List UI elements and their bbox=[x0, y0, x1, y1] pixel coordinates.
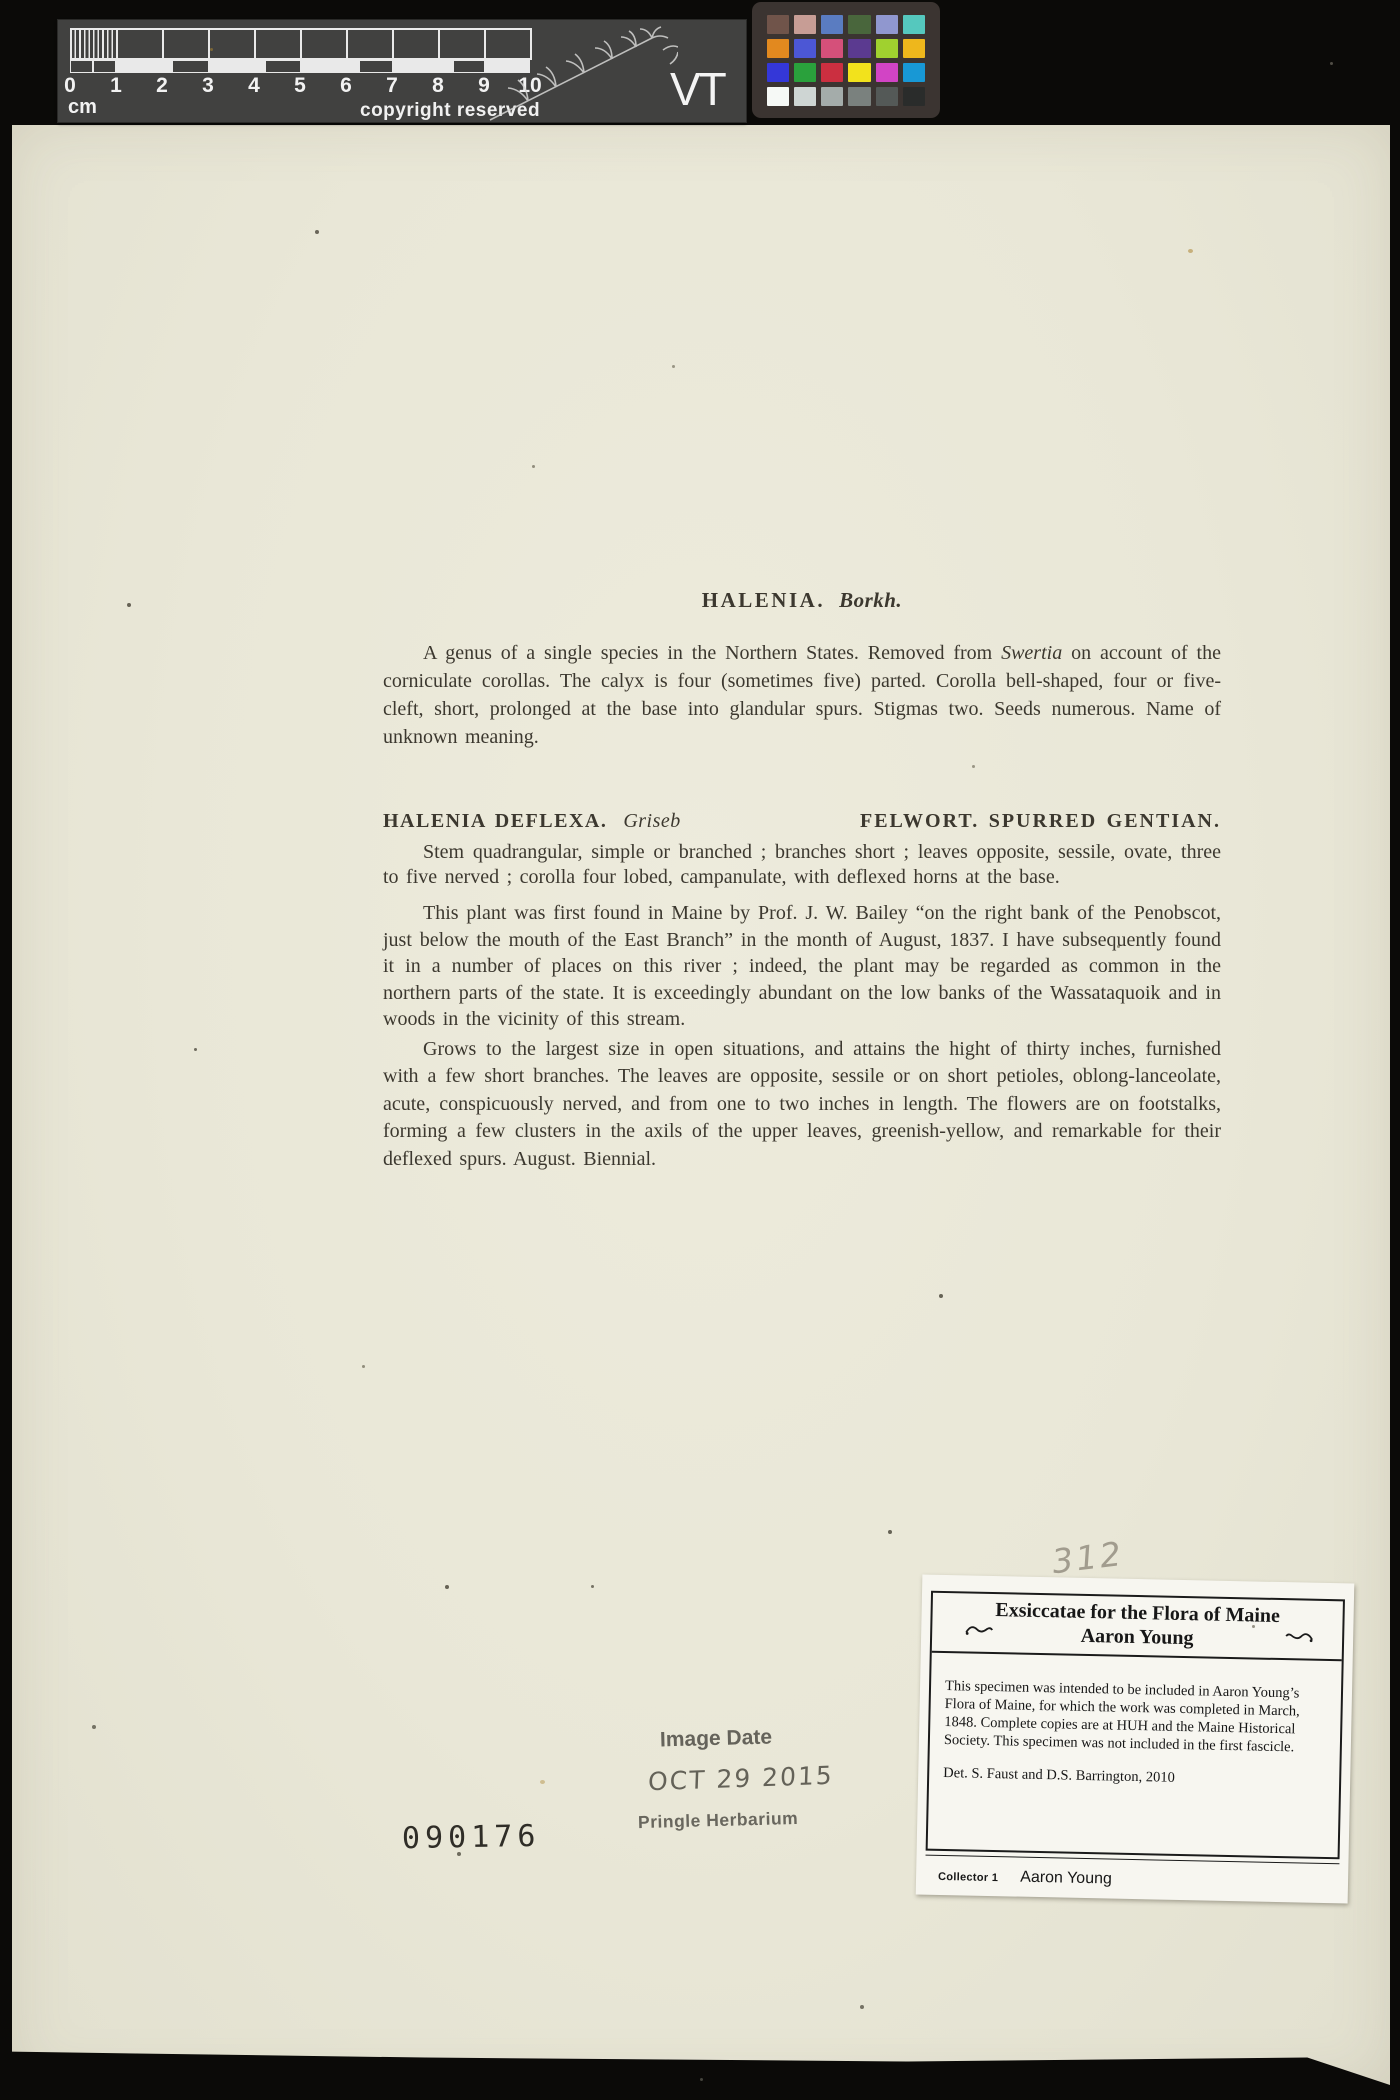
dust-speck bbox=[591, 1585, 594, 1588]
dust-speck bbox=[194, 1048, 197, 1051]
specimen-scan: 0 1 2 3 4 5 6 7 8 9 10 cm copyright rese… bbox=[0, 0, 1400, 2100]
cm-tick bbox=[300, 28, 302, 60]
ruler-number: 2 bbox=[156, 74, 168, 98]
species-name: HALENIA DEFLEXA. bbox=[383, 810, 607, 832]
genus-heading: HALENIA.Borkh. bbox=[383, 588, 1221, 613]
label-collector-row: Collector 1 Aaron Young bbox=[938, 1867, 1112, 1889]
species-name-group: HALENIA DEFLEXA.Griseb bbox=[383, 810, 681, 833]
color-swatch bbox=[767, 39, 789, 58]
color-swatch bbox=[876, 63, 898, 82]
ruler-number: 7 bbox=[386, 74, 398, 98]
color-swatch bbox=[848, 15, 870, 34]
ruler-number: 4 bbox=[248, 74, 260, 98]
vt-logo: VT bbox=[670, 62, 725, 116]
fleuron-icon bbox=[964, 1621, 994, 1638]
scale-bar: 0 1 2 3 4 5 6 7 8 9 10 cm copyright rese… bbox=[58, 20, 746, 122]
color-swatch bbox=[794, 63, 816, 82]
color-swatch bbox=[848, 39, 870, 58]
cm-tick bbox=[346, 28, 348, 60]
cm-tick bbox=[162, 28, 164, 60]
color-swatch bbox=[876, 87, 898, 106]
dust-speck bbox=[210, 48, 213, 51]
color-swatch bbox=[903, 15, 925, 34]
label-body-text: This specimen was intended to be include… bbox=[930, 1653, 1342, 1758]
species-authority: Griseb bbox=[623, 810, 680, 832]
ruler-number: 1 bbox=[110, 74, 122, 98]
dust-speck bbox=[672, 365, 675, 368]
millimeter-ticks bbox=[70, 28, 116, 58]
genus-paragraph: A genus of a single species in the North… bbox=[383, 639, 1221, 751]
color-swatch bbox=[848, 87, 870, 106]
color-swatch bbox=[794, 15, 816, 34]
cm-tick bbox=[116, 28, 118, 60]
color-swatch bbox=[794, 87, 816, 106]
description-paragraph: Stem quadrangular, simple or branched ; … bbox=[383, 840, 1221, 890]
color-swatch bbox=[903, 63, 925, 82]
half-cm-block bbox=[360, 61, 392, 72]
ruler-number: 6 bbox=[340, 74, 352, 98]
ruler-number: 5 bbox=[294, 74, 306, 98]
collector-label: Collector 1 bbox=[938, 1871, 998, 1884]
dust-speck bbox=[888, 1530, 892, 1534]
species-heading-row: HALENIA DEFLEXA.Griseb FELWORT. SPURRED … bbox=[383, 810, 1221, 833]
fleuron-icon bbox=[1284, 1628, 1314, 1645]
habit-paragraph: Grows to the largest size in open situat… bbox=[383, 1036, 1221, 1174]
color-swatch bbox=[767, 63, 789, 82]
image-date-stamp: Image Date bbox=[660, 1726, 773, 1753]
dust-speck bbox=[700, 2078, 703, 2081]
color-swatch bbox=[903, 39, 925, 58]
dust-speck bbox=[860, 2005, 864, 2009]
cm-tick bbox=[70, 28, 72, 60]
dust-speck bbox=[362, 1365, 365, 1368]
dust-speck bbox=[127, 603, 131, 607]
half-cm-block bbox=[71, 61, 92, 72]
color-swatch bbox=[821, 15, 843, 34]
color-swatch bbox=[848, 63, 870, 82]
label-title: Exsiccatae for the Flora of Maine Aaron … bbox=[932, 1593, 1343, 1662]
species-common-names: FELWORT. SPURRED GENTIAN. bbox=[860, 810, 1221, 833]
dust-speck bbox=[939, 1294, 943, 1298]
color-swatch bbox=[903, 87, 925, 106]
dust-speck bbox=[457, 1852, 461, 1856]
color-swatch bbox=[794, 39, 816, 58]
dust-speck bbox=[540, 1780, 545, 1784]
genus-paragraph-text: A genus of a single species in the North… bbox=[423, 642, 1001, 664]
half-cm-block bbox=[266, 61, 300, 72]
color-swatch bbox=[821, 63, 843, 82]
color-swatch bbox=[821, 87, 843, 106]
dust-speck bbox=[315, 230, 319, 234]
color-swatch bbox=[767, 87, 789, 106]
fern-icon bbox=[438, 20, 678, 124]
half-cm-block bbox=[173, 61, 208, 72]
collector-value: Aaron Young bbox=[1020, 1869, 1112, 1889]
dust-speck bbox=[1188, 249, 1193, 253]
dust-speck bbox=[972, 765, 975, 768]
dust-speck bbox=[92, 1725, 96, 1729]
cm-unit-label: cm bbox=[68, 96, 97, 119]
label-border-box: Exsiccatae for the Flora of Maine Aaron … bbox=[926, 1591, 1345, 1860]
accession-number: 090176 bbox=[402, 1819, 541, 1856]
color-swatch bbox=[821, 39, 843, 58]
printed-text-block: HALENIA.Borkh. A genus of a single speci… bbox=[383, 588, 1221, 1173]
cm-tick bbox=[208, 28, 210, 60]
dust-speck bbox=[1117, 945, 1120, 948]
cm-tick bbox=[254, 28, 256, 60]
genus-paragraph-italic: Swertia bbox=[1001, 642, 1062, 664]
genus-name: HALENIA. bbox=[702, 588, 825, 612]
history-paragraph: This plant was first found in Maine by P… bbox=[383, 900, 1221, 1033]
ruler-number: 3 bbox=[202, 74, 214, 98]
exsiccatae-label: Exsiccatae for the Flora of Maine Aaron … bbox=[916, 1575, 1355, 1904]
cm-tick bbox=[392, 28, 394, 60]
ruler-number: 0 bbox=[64, 74, 76, 98]
color-swatch bbox=[767, 15, 789, 34]
color-swatch bbox=[876, 15, 898, 34]
half-cm-block bbox=[94, 61, 115, 72]
dust-speck bbox=[532, 465, 535, 468]
dust-speck bbox=[1252, 1625, 1255, 1628]
color-swatch bbox=[876, 39, 898, 58]
dust-speck bbox=[1330, 62, 1333, 65]
genus-authority: Borkh. bbox=[839, 588, 902, 612]
dust-speck bbox=[445, 1585, 449, 1589]
color-calibration-chart bbox=[752, 2, 940, 118]
pringle-herbarium-stamp: Pringle Herbarium bbox=[638, 1808, 799, 1833]
